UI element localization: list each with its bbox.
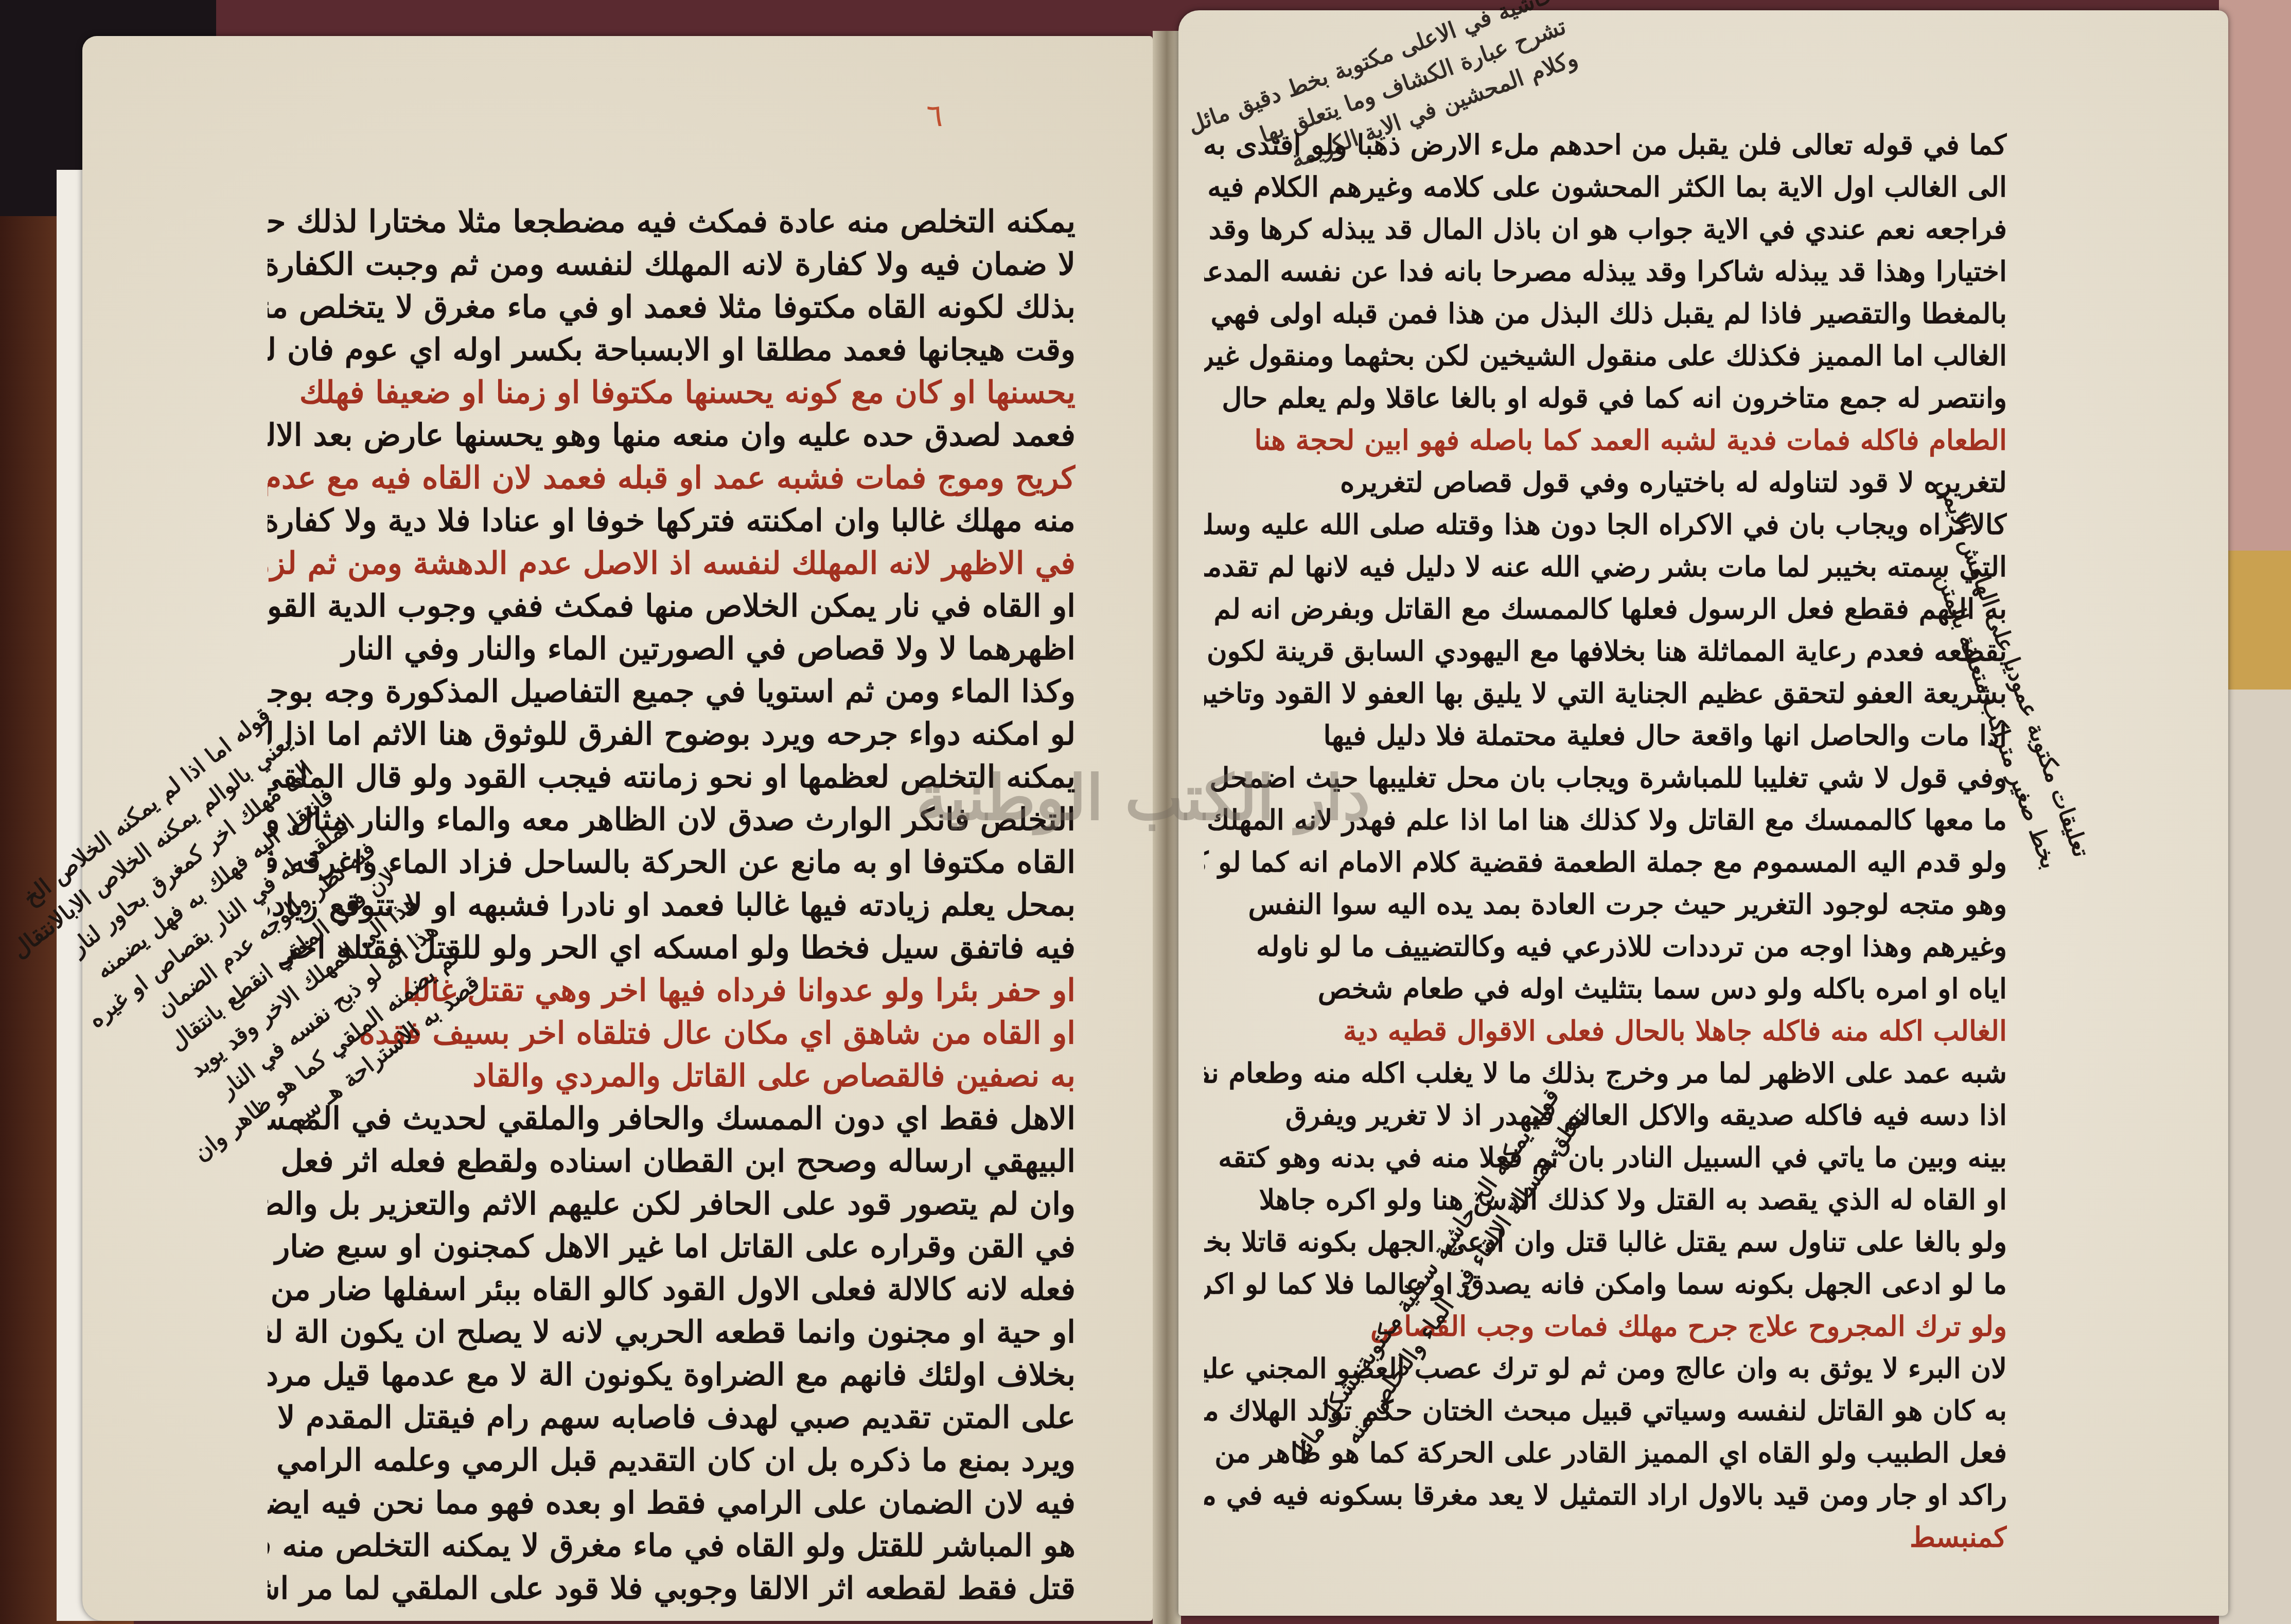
manuscript-line: فعمد لصدق حده عليه وان منعه منها وهو يحس… bbox=[268, 414, 1076, 457]
manuscript-line: كما في قوله تعالى فلن يقبل من احدهم ملء … bbox=[1204, 123, 2007, 166]
manuscript-line: اياه او امره باكله ولو دس سما بتثليث اول… bbox=[1204, 967, 2007, 1010]
manuscript-line: الى الغالب اول الاية بما الكثر المحشون ع… bbox=[1204, 166, 2007, 208]
manuscript-line: ويرد بمنع ما ذكره بل ان كان التقديم قبل … bbox=[268, 1439, 1076, 1482]
manuscript-line: البيهقي ارساله وصحح ابن القطان اسناده ول… bbox=[268, 1140, 1076, 1183]
background-right-hand bbox=[2219, 0, 2291, 551]
manuscript-line: يقطعه فعدم رعاية المماثلة هنا بخلافها مع… bbox=[1204, 630, 2007, 672]
background-right-gold bbox=[2219, 551, 2291, 690]
manuscript-line: قتل فقط لقطعه اثر الالقا وجوبي فلا قود ع… bbox=[268, 1567, 1076, 1610]
manuscript-line: بخلاف اولئك فانهم مع الضراوة يكونون الة … bbox=[268, 1354, 1076, 1397]
manuscript-line: اختيارا وهذا قد يبذله شاكرا وقد يبذله مص… bbox=[1204, 250, 2007, 292]
manuscript-line: فعله لانه كالالة فعلى الاول القود كالو ا… bbox=[268, 1268, 1076, 1311]
manuscript-line: شبه عمد على الاظهر لما مر وخرج بذلك ما ل… bbox=[1204, 1052, 2007, 1094]
right-main-text: كما في قوله تعالى فلن يقبل من احدهم ملء … bbox=[1204, 123, 2007, 1558]
manuscript-line: كالاكراه ويجاب بان في الاكراه الجا دون ه… bbox=[1204, 503, 2007, 545]
manuscript-line: لتغريره لا قود لتناوله له باختياره وفي ق… bbox=[1204, 461, 2007, 503]
manuscript-line: بشريعة العفو لتحقق عظيم الجناية التي لا … bbox=[1204, 672, 2007, 714]
manuscript-line: في القن وقراره على القاتل اما غير الاهل … bbox=[268, 1226, 1076, 1268]
manuscript-line: ولو قدم اليه المسموم مع جملة الطعمة فقضي… bbox=[1204, 841, 2007, 883]
background-right-paper bbox=[2219, 690, 2291, 1624]
manuscript-line: وقت هيجانها فعمد مطلقا او الابسباحة بكسر… bbox=[268, 329, 1076, 372]
manuscript-line: يمكنه التخلص منه عادة فمكث فيه مضطجعا مث… bbox=[268, 201, 1076, 243]
manuscript-line: لو امكنه دواء جرحه ويرد بوضوح الفرق للوث… bbox=[268, 713, 1076, 756]
manuscript-line: وكذا الماء ومن ثم استويا في جميع التفاصي… bbox=[268, 670, 1076, 713]
manuscript-line: ولو ترك المجروح علاج جرح مهلك فمات وجب ا… bbox=[1204, 1305, 2007, 1347]
manuscript-line: ما لو ادعى الجهل بكونه سما وامكن فانه يص… bbox=[1204, 1263, 2007, 1305]
manuscript-line: هو المباشر للقتل ولو القاه في ماء مغرق ل… bbox=[268, 1525, 1076, 1567]
manuscript-line: في الاظهر لانه المهلك لنفسه اذ الاصل عدم… bbox=[268, 542, 1076, 585]
manuscript-line: او القاه له الذي يقصد به القتل ولا كذلك … bbox=[1204, 1178, 2007, 1221]
manuscript-line: ولو بالغا على تناول سم يقتل غالبا قتل وا… bbox=[1204, 1221, 2007, 1263]
manuscript-line: وان لم يتصور قود على الحافر لكن عليهم ال… bbox=[268, 1183, 1076, 1226]
manuscript-line: اذا دسه فيه فاكله صديقه والاكل العالم في… bbox=[1204, 1094, 2007, 1136]
manuscript-line: الطعام فاكله فمات فدية لشبه العمد كما با… bbox=[1204, 419, 2007, 461]
manuscript-line: بذلك لكونه القاه مكتوفا مثلا فعمد او في … bbox=[268, 286, 1076, 329]
folio-mark: ٦ bbox=[926, 98, 943, 134]
manuscript-line: فيه لان الضمان على الرامي فقط او بعده فه… bbox=[268, 1482, 1076, 1525]
manuscript-line: وهو متجه لوجود التغرير حيث جرت العادة بم… bbox=[1204, 883, 2007, 925]
manuscript-line: يحسنها او كان مع كونه يحسنها مكتوفا او ز… bbox=[268, 372, 1076, 414]
manuscript-line: منه مهلك غالبا وان امكنته فتركها خوفا او… bbox=[268, 500, 1076, 542]
manuscript-line: بالمغطا والتقصير فاذا لم يقبل ذلك البذل … bbox=[1204, 292, 2007, 334]
manuscript-line: لا ضمان فيه ولا كفارة لانه المهلك لنفسه … bbox=[268, 243, 1076, 286]
manuscript-line: اظهرهما لا ولا قصاص في الصورتين الماء وا… bbox=[268, 628, 1076, 670]
manuscript-line: به البهم فقطع فعل الرسول فعلها كالممسك م… bbox=[1204, 588, 2007, 630]
manuscript-line: على المتن تقديم صبي لهدف فاصابه سهم رام … bbox=[268, 1397, 1076, 1439]
manuscript-line: وغيرهم وهذا اوجه من ترددات للاذرعي فيه و… bbox=[1204, 925, 2007, 967]
manuscript-line: وانتصر له جمع متاخرون انه كما في قوله او… bbox=[1204, 377, 2007, 419]
manuscript-line: فراجعه نعم عندي في الاية جواب هو ان باذل… bbox=[1204, 208, 2007, 250]
manuscript-line: او القاه في نار يمكن الخلاص منها فمكث فف… bbox=[268, 585, 1076, 628]
manuscript-line: لان البرء لا يوثق به وان عالج ومن ثم لو … bbox=[1204, 1347, 2007, 1389]
manuscript-line: بينه وبين ما ياتي في السبيل النادر بان ث… bbox=[1204, 1136, 2007, 1178]
manuscript-line: كريح وموج فمات فشبه عمد او قبله فعمد لان… bbox=[268, 457, 1076, 500]
manuscript-line: اذا مات والحاصل انها واقعة حال فعلية محت… bbox=[1204, 714, 2007, 756]
library-watermark: دار الكتب الوطنية bbox=[916, 762, 1370, 834]
manuscript-line: كمنبسط bbox=[1204, 1516, 2007, 1558]
manuscript-line: او حية او مجنون وانما قطعه الحربي لانه ل… bbox=[268, 1311, 1076, 1354]
manuscript-line: الاهل فقط اي دون الممسك والحافر والملقي … bbox=[268, 1098, 1076, 1140]
manuscript-line: الغالب اكله منه فاكله جاهلا بالحال فعلى … bbox=[1204, 1010, 2007, 1052]
manuscript-line: التي سمته بخيبر لما مات بشر رضي الله عنه… bbox=[1204, 545, 2007, 588]
manuscript-line: الغالب اما المميز فكذلك على منقول الشيخي… bbox=[1204, 334, 2007, 377]
